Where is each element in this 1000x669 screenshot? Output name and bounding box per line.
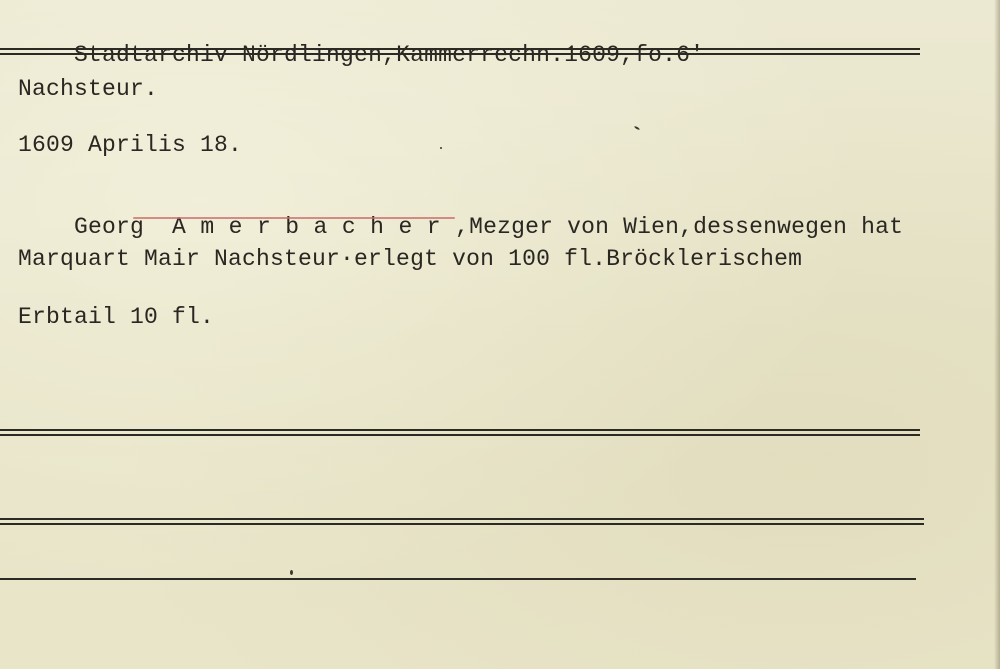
entry-line-1-rest: ,Mezger von Wien,dessenwegen hat bbox=[455, 214, 903, 240]
date-line: 1609 Aprilis 18. bbox=[18, 132, 242, 158]
ink-speck bbox=[290, 570, 293, 575]
subject-line: Nachsteur. bbox=[18, 76, 158, 102]
ruled-line-3 bbox=[0, 578, 916, 580]
ruled-line-1 bbox=[0, 429, 920, 436]
header-double-rule bbox=[0, 48, 920, 55]
ruled-line-2 bbox=[0, 518, 924, 525]
entry-line-3: Erbtail 10 fl. bbox=[18, 304, 214, 330]
archive-name: Stadtarchiv Nördlingen bbox=[74, 42, 382, 68]
record-reference: Kammerrechn.1609,fo.6 bbox=[396, 42, 690, 68]
entry-line-2: Marquart Mair Nachsteur·erlegt von 100 f… bbox=[18, 246, 802, 272]
folio-mark: ' bbox=[690, 42, 704, 68]
archive-index-card: Stadtarchiv Nördlingen,Kammerrechn.1609,… bbox=[0, 0, 1000, 669]
ink-speck bbox=[634, 126, 640, 131]
red-underline-mark bbox=[133, 217, 455, 219]
separator: , bbox=[382, 42, 396, 68]
ink-speck bbox=[440, 147, 442, 149]
